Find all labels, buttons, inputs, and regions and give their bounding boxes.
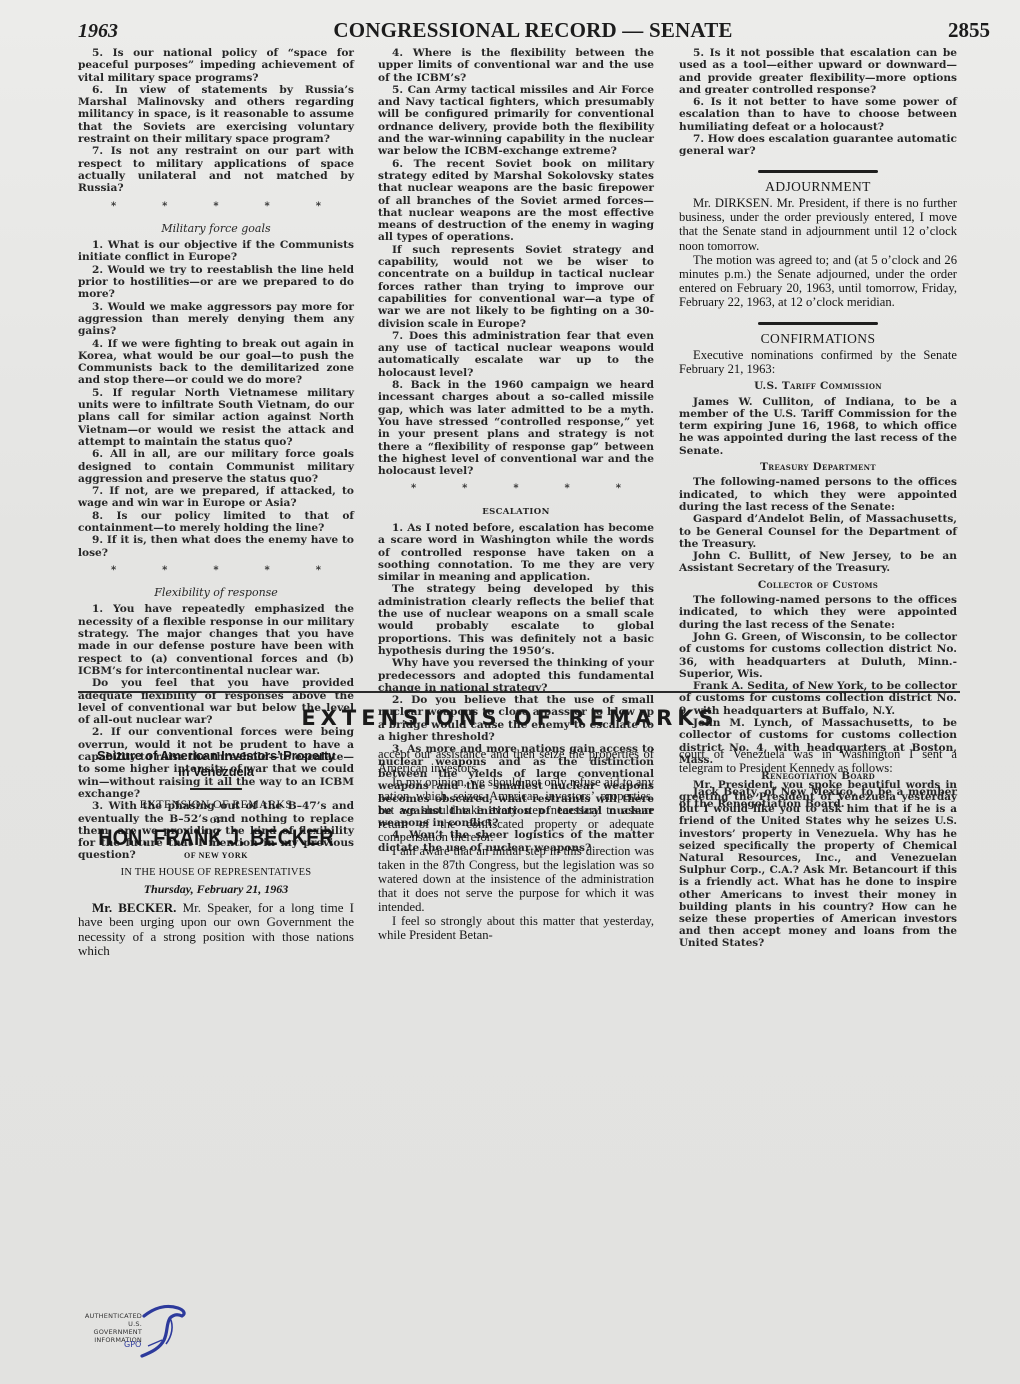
paragraph: I am aware that an initial step in this … bbox=[378, 845, 654, 915]
paragraph: The following-named persons to the offic… bbox=[679, 594, 957, 631]
paragraph: 8. Back in the 1960 campaign we heard in… bbox=[378, 379, 654, 477]
header-page-number: 2855 bbox=[948, 18, 990, 43]
gpo-line-1: AUTHENTICATED bbox=[80, 1312, 142, 1320]
article-date: Thursday, February 21, 1963 bbox=[78, 883, 354, 897]
space-questions: 5. Is our national policy of “space for … bbox=[78, 47, 354, 195]
paragraph: James W. Culliton, of Indiana, to be a m… bbox=[679, 396, 957, 457]
paragraph: 4. Where is the flexibility between the … bbox=[378, 47, 654, 84]
paragraph: 5. Is our national policy of “space for … bbox=[78, 47, 354, 84]
section-stars: ***** bbox=[378, 477, 654, 499]
header-year: 1963 bbox=[78, 20, 118, 43]
paragraph: John C. Bullitt, of New Jersey, to be an… bbox=[679, 550, 957, 575]
continued-questions: 4. Where is the flexibility between the … bbox=[378, 47, 654, 477]
header-title: CONGRESSIONAL RECORD — SENATE bbox=[333, 18, 732, 43]
confirmations-heading: CONFIRMATIONS bbox=[679, 333, 957, 345]
senate-column-3: 5. Is it not possible that escalation ca… bbox=[679, 47, 957, 810]
paragraph: 7. If not, are we prepared, if attacked,… bbox=[78, 485, 354, 510]
paragraph: 7. Does this administration fear that ev… bbox=[378, 330, 654, 379]
paragraph: 8. Is our policy limited to that of cont… bbox=[78, 510, 354, 535]
paragraph: In my opinion, we should not only refuse… bbox=[378, 776, 654, 846]
article-title-line-2: in Venezuela bbox=[78, 764, 354, 780]
confirmations-intro: Executive nominations confirmed by the S… bbox=[679, 348, 957, 376]
article-text-col2: accept our assistance and then seize the… bbox=[378, 748, 654, 943]
gpo-line-2: U.S. GOVERNMENT bbox=[80, 1320, 142, 1336]
paragraph: 9. If it is, then what does the enemy ha… bbox=[78, 534, 354, 559]
gpo-authentication-logo: AUTHENTICATED U.S. GOVERNMENT INFORMATIO… bbox=[80, 1302, 230, 1362]
subhead-escalation: ESCALATION bbox=[378, 506, 654, 518]
paragraph: 1. What is our objective if the Communis… bbox=[78, 239, 354, 264]
extensions-title: EXTENSIONS OF REMARKS bbox=[0, 706, 1020, 730]
section-stars: ***** bbox=[78, 195, 354, 217]
paragraph: Why have you reversed the thinking of yo… bbox=[378, 657, 654, 694]
escalation-questions-cont: 5. Is it not possible that escalation ca… bbox=[679, 47, 957, 158]
paragraph: 3. Would we make aggressors pay more for… bbox=[78, 301, 354, 338]
paragraph: 7. How does escalation guarantee automat… bbox=[679, 133, 957, 158]
adjournment-motion: The motion was agreed to; and (at 5 o’cl… bbox=[679, 253, 957, 310]
paragraph: 6. In view of statements by Russia’s Mar… bbox=[78, 84, 354, 145]
military-questions: 1. What is our objective if the Communis… bbox=[78, 239, 354, 559]
section-rule bbox=[758, 170, 878, 173]
paragraph: 4. If we were fighting to break out agai… bbox=[78, 338, 354, 387]
paragraph: 1. As I noted before, escalation has bec… bbox=[378, 522, 654, 583]
paragraph: 6. All in all, are our military force go… bbox=[78, 448, 354, 485]
extensions-column-1: Seizure of American Investors’ Property … bbox=[78, 748, 354, 959]
extensions-column-2: accept our assistance and then seize the… bbox=[378, 748, 654, 943]
article-text-col3: court of Venezuela was in Washington I s… bbox=[679, 748, 957, 776]
confirmations-intro-block: Executive nominations confirmed by the S… bbox=[679, 348, 957, 376]
paragraph: 5. If regular North Vietnamese military … bbox=[78, 387, 354, 448]
adjournment-heading: ADJOURNMENT bbox=[679, 181, 957, 193]
chamber: IN THE HOUSE OF REPRESENTATIVES bbox=[78, 866, 354, 880]
extensions-column-3: court of Venezuela was in Washington I s… bbox=[679, 748, 957, 950]
paragraph: If such represents Soviet strategy and c… bbox=[378, 244, 654, 330]
paragraph: 7. Is not any restraint on our part with… bbox=[78, 145, 354, 194]
telegram-quote: Mr. President, you spoke beautiful words… bbox=[679, 779, 957, 950]
article-title: Seizure of American Investors’ Property … bbox=[78, 748, 354, 780]
paragraph: John G. Green, of Wisconsin, to be colle… bbox=[679, 631, 957, 680]
tariff-nominations: James W. Culliton, of Indiana, to be a m… bbox=[679, 396, 957, 457]
paragraph: 1. You have repeatedly emphasized the ne… bbox=[78, 603, 354, 677]
article-title-line-1: Seizure of American Investors’ Property bbox=[78, 748, 354, 764]
section-rule bbox=[758, 322, 878, 325]
adjournment-body: Mr. DIRKSEN. Mr. President, if there is … bbox=[679, 196, 957, 310]
subhead-military-force-goals: Military force goals bbox=[78, 223, 354, 235]
paragraph: 6. The recent Soviet book on military st… bbox=[378, 158, 654, 244]
paragraph: Gaspard d’Andelot Belin, of Massachusett… bbox=[679, 513, 957, 550]
customs-nominations: The following-named persons to the offic… bbox=[679, 594, 957, 766]
record-page: 1963 CONGRESSIONAL RECORD — SENATE 2855 … bbox=[0, 0, 1020, 1384]
treasury-nominations: The following-named persons to the offic… bbox=[679, 476, 957, 574]
subhead-flexibility: Flexibility of response bbox=[78, 587, 354, 599]
member-name: HON. FRANK J. BECKER bbox=[92, 831, 340, 845]
treasury-heading: Treasury Department bbox=[679, 461, 957, 473]
adjournment-speaker: Mr. DIRKSEN. bbox=[693, 196, 773, 210]
senate-column-1: 5. Is our national policy of “space for … bbox=[78, 47, 354, 862]
telegram-text: Mr. President, you spoke beautiful words… bbox=[679, 779, 957, 950]
article-rule bbox=[190, 788, 242, 790]
customs-heading: Collector of Customs bbox=[679, 579, 957, 591]
paragraph: 6. Is it not better to have some power o… bbox=[679, 96, 957, 133]
paragraph: 5. Is it not possible that escalation ca… bbox=[679, 47, 957, 96]
paragraph: accept our assistance and then seize the… bbox=[378, 748, 654, 776]
page-header: 1963 CONGRESSIONAL RECORD — SENATE 2855 bbox=[78, 18, 990, 44]
section-divider bbox=[78, 691, 960, 693]
eagle-icon bbox=[140, 1302, 190, 1358]
gpo-label: GPO bbox=[124, 1340, 141, 1349]
paragraph: I feel so strongly about this matter tha… bbox=[378, 915, 654, 943]
senate-column-2: 4. Where is the flexibility between the … bbox=[378, 47, 654, 854]
article-speaker: Mr. BECKER. bbox=[92, 900, 176, 915]
paragraph: The strategy being developed by this adm… bbox=[378, 583, 654, 657]
section-stars: ***** bbox=[78, 559, 354, 581]
tariff-heading: U.S. Tariff Commission bbox=[679, 380, 957, 392]
extension-kind: EXTENSION OF REMARKS bbox=[78, 798, 354, 812]
paragraph: 2. Would we try to reestablish the line … bbox=[78, 264, 354, 301]
paragraph: 5. Can Army tactical missiles and Air Fo… bbox=[378, 84, 654, 158]
member-state: OF NEW YORK bbox=[78, 849, 354, 863]
paragraph: The following-named persons to the offic… bbox=[679, 476, 957, 513]
